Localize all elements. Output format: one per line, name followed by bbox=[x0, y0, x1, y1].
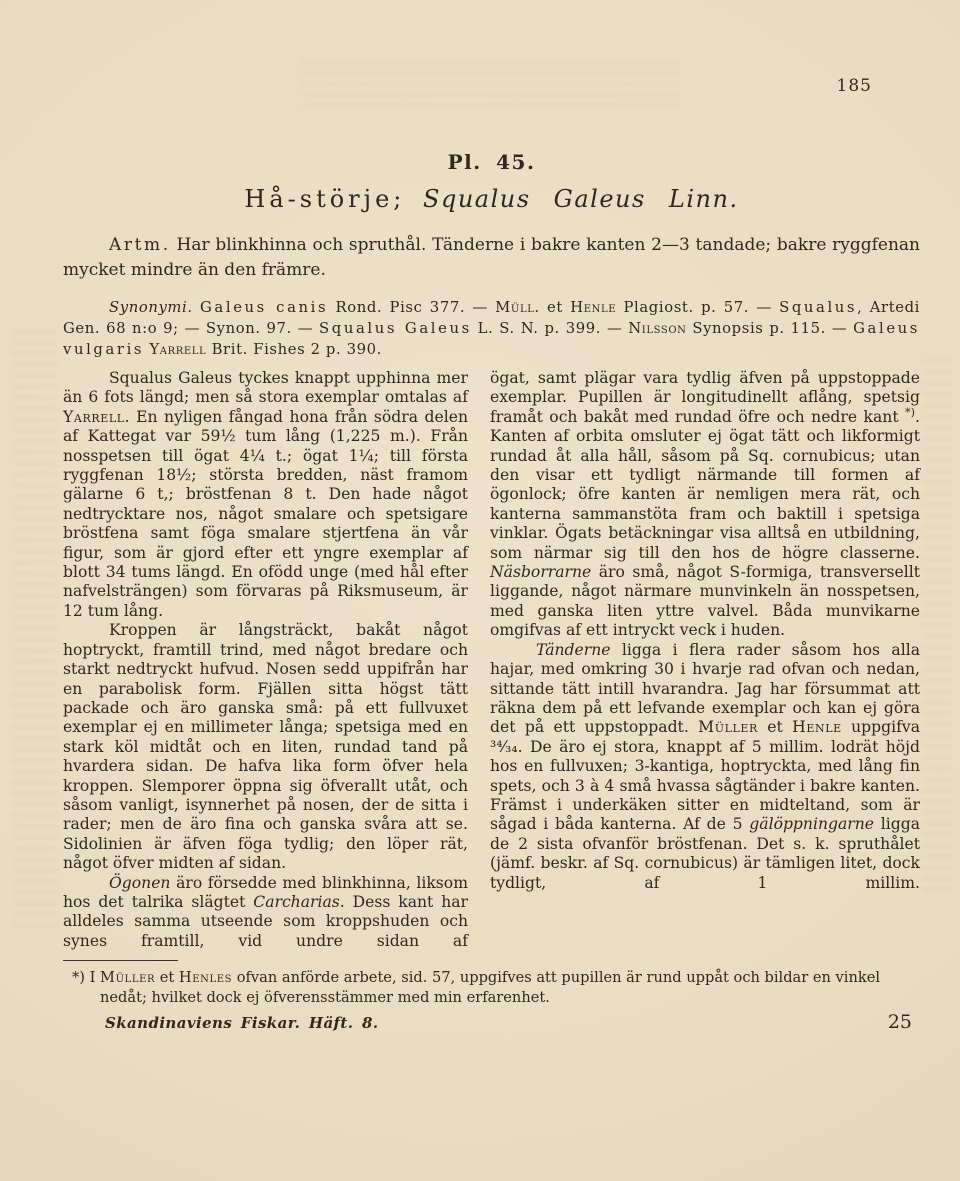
paragraph: Tänderne ligga i flera rader såsom hos a… bbox=[490, 641, 920, 893]
paragraph: Synonymi. Galeus canis Rond. Pisc 377. —… bbox=[63, 297, 920, 360]
imprint: Skandinaviens Fiskar. Häft. 8. bbox=[105, 1014, 378, 1032]
text-segment: Squalus bbox=[779, 299, 857, 316]
plate-label: Pl. 45. bbox=[63, 0, 920, 174]
footnote-section: *) I Müller et Henles ofvan anförde arbe… bbox=[63, 968, 920, 1008]
paragraph: Squalus Galeus tyckes knappt upphinna me… bbox=[63, 369, 468, 621]
page-number: 185 bbox=[837, 76, 872, 96]
text-segment: Yarrell bbox=[63, 408, 125, 426]
text-segment: Ögonen bbox=[109, 874, 170, 892]
text-segment: Squalus Galeus tyckes knappt upphinna me… bbox=[63, 369, 468, 406]
synonymy-section: Synonymi. Galeus canis Rond. Pisc 377. —… bbox=[63, 297, 920, 360]
text-segment: Brit. Fishes 2 p. 390. bbox=[206, 341, 382, 358]
paragraph: Ögonen äro försedde med blinkhinna, liks… bbox=[63, 874, 468, 952]
page-title: Hå-störje; Squalus Galeus Linn. bbox=[63, 185, 920, 213]
text-segment: Henle bbox=[570, 299, 616, 316]
text-segment: Yarrell bbox=[149, 341, 206, 358]
body-columns: Squalus Galeus tyckes knappt upphinna me… bbox=[63, 369, 920, 951]
right-column: ögat, samt plägar vara tydlig äfven på u… bbox=[490, 369, 920, 951]
text-segment: Rond. Pisc 377. — bbox=[328, 299, 495, 316]
text-segment: . En nyligen fångad hona från södra dele… bbox=[63, 408, 468, 620]
text-segment: Kroppen är långsträckt, bakåt något hopt… bbox=[63, 621, 468, 872]
text-segment: Synonymi. bbox=[109, 299, 193, 316]
bleed-through-texture bbox=[12, 330, 58, 930]
title-latin-species: Squalus Galeus Linn. bbox=[423, 185, 739, 213]
paragraph: Artm. Har blinkhinna och spruthål. Tände… bbox=[63, 233, 920, 283]
text-segment: et bbox=[155, 969, 179, 986]
bleed-through-texture bbox=[922, 360, 952, 900]
sheet-signature-number: 25 bbox=[888, 1011, 912, 1033]
text-segment: *) I bbox=[72, 969, 100, 986]
text-segment: Tänderne bbox=[536, 641, 610, 659]
text-segment: Har blinkhinna och spruthål. Tänderne i … bbox=[63, 235, 920, 280]
paragraph: Kroppen är långsträckt, bakåt något hopt… bbox=[63, 621, 468, 873]
text-segment: ögat, samt plägar vara tydlig äfven på u… bbox=[490, 369, 920, 426]
text-segment: gälöppningarne bbox=[749, 815, 874, 833]
paragraph: *) I Müller et Henles ofvan anförde arbe… bbox=[63, 968, 920, 1008]
text-segment: Artm. bbox=[109, 235, 171, 255]
text-segment: Henles bbox=[179, 969, 232, 986]
book-page: 185 Pl. 45. Hå-störje; Squalus Galeus Li… bbox=[0, 0, 960, 1181]
artm-section: Artm. Har blinkhinna och spruthål. Tände… bbox=[63, 233, 920, 283]
text-segment: *) bbox=[905, 406, 915, 419]
footer-row: Skandinaviens Fiskar. Häft. 8. 25 bbox=[63, 1011, 920, 1033]
text-segment: Carcharias bbox=[253, 893, 340, 911]
left-column: Squalus Galeus tyckes knappt upphinna me… bbox=[63, 369, 468, 951]
text-segment: Näsborrarne bbox=[490, 563, 591, 581]
paragraph: ögat, samt plägar vara tydlig äfven på u… bbox=[490, 369, 920, 641]
text-segment: . Kanten af orbita omsluter ej ögat tätt… bbox=[490, 408, 920, 562]
text-segment: Nilsson bbox=[628, 320, 686, 337]
text-segment: et bbox=[540, 299, 571, 316]
text-segment: Müll. bbox=[495, 299, 540, 316]
text-segment: Synopsis p. 115. — bbox=[686, 320, 853, 337]
footnote-rule bbox=[63, 960, 178, 961]
text-segment: Galeus canis bbox=[200, 299, 328, 316]
text-segment: Müller bbox=[100, 969, 155, 986]
text-segment: Squalus Galeus bbox=[319, 320, 472, 337]
text-segment: Müller bbox=[698, 718, 758, 736]
text-segment: et bbox=[758, 718, 792, 736]
text-segment: Henle bbox=[792, 718, 842, 736]
title-swedish-name: Hå-störje; bbox=[244, 185, 405, 213]
text-segment: Plagiost. p. 57. — bbox=[616, 299, 779, 316]
text-segment: L. S. N. p. 399. — bbox=[472, 320, 628, 337]
text-segment bbox=[193, 299, 200, 316]
